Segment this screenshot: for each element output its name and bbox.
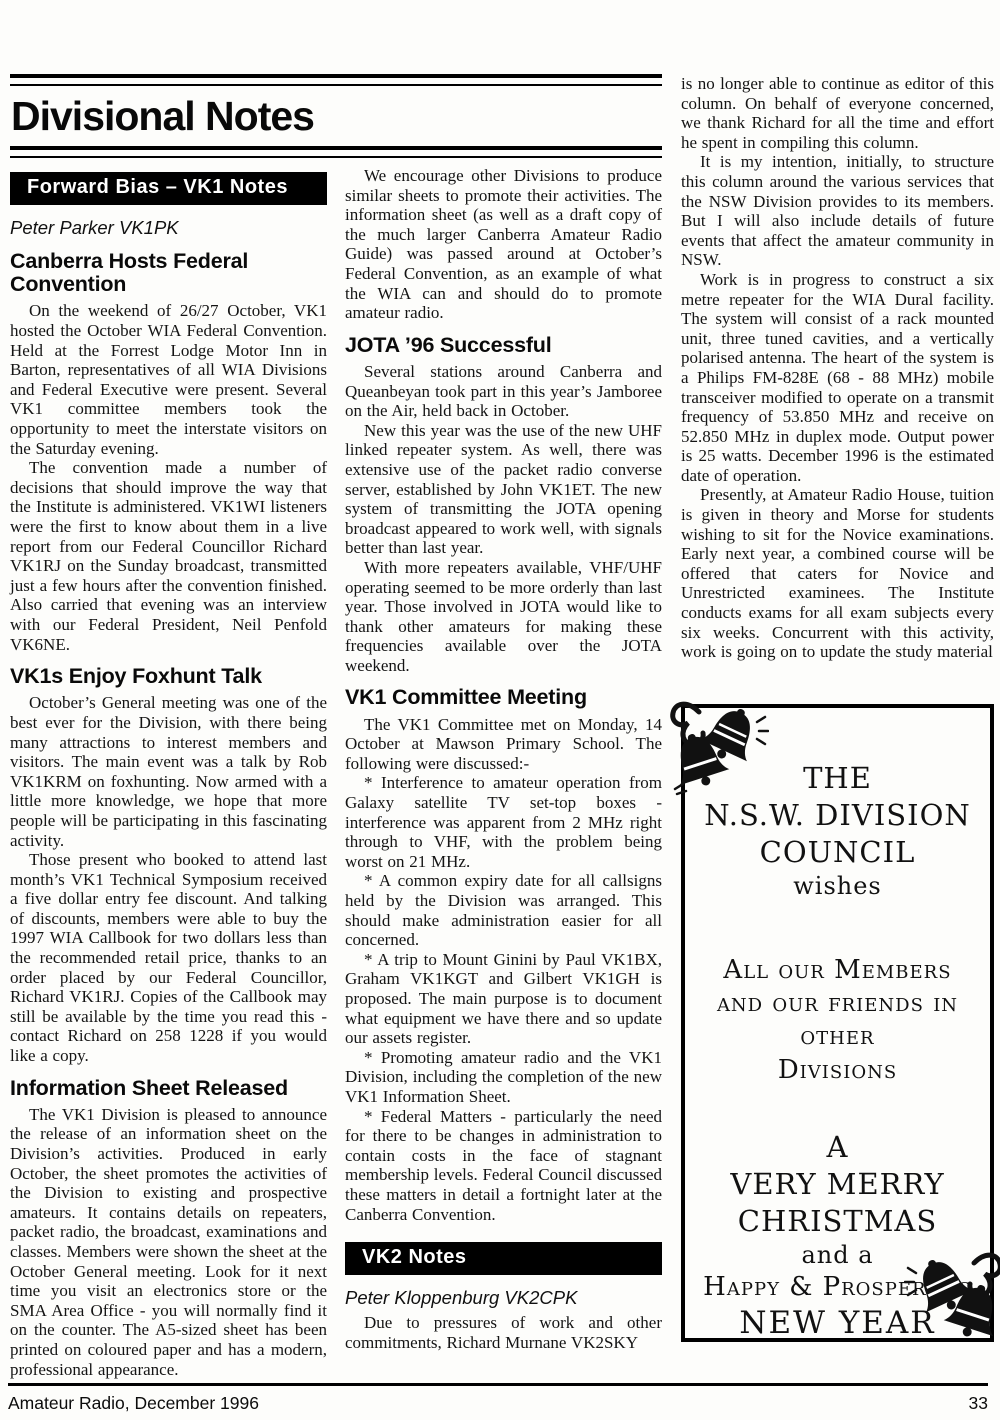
section-bar-vk1-notes: Forward Bias – VK1 Notes xyxy=(10,172,327,205)
paragraph: With more repeaters available, VHF/UHF o… xyxy=(345,558,662,676)
greeting-line: A xyxy=(685,1129,990,1166)
paragraph: Work is in progress to construct a six m… xyxy=(681,270,994,486)
heading-jota-96: JOTA ’96 Successful xyxy=(345,334,662,357)
paragraph: It is my intention, initially, to struct… xyxy=(681,152,994,270)
top-rule xyxy=(10,74,662,86)
paragraph: October’s General meeting was one of the… xyxy=(10,693,327,850)
greeting-line: N.S.W. DIVISION xyxy=(685,797,990,834)
bullet-item: * Interference to amateur operation from… xyxy=(345,773,662,871)
greeting-line: CHRISTMAS xyxy=(685,1203,990,1240)
christmas-bells-icon xyxy=(904,1245,1000,1350)
heading-canberra-hosts: Canberra Hosts Federal Convention xyxy=(10,250,327,296)
column-3: is no longer able to continue as editor … xyxy=(681,74,994,1379)
bullet-item: * Promoting amateur radio and the VK1 Di… xyxy=(345,1048,662,1107)
paragraph: The VK1 Committee met on Monday, 14 Octo… xyxy=(345,715,662,774)
heading-vk1-committee: VK1 Committee Meeting xyxy=(345,686,662,709)
byline-vk2: Peter Kloppenburg VK2CPK xyxy=(345,1287,662,1309)
footer-rule xyxy=(8,1383,988,1386)
paragraph: The convention made a number of decision… xyxy=(10,458,327,654)
paragraph: We encourage other Divisions to produce … xyxy=(345,166,662,323)
greeting-line: All our Members xyxy=(685,954,990,987)
greeting-line: wishes xyxy=(685,871,990,902)
page-title: Divisional Notes xyxy=(11,93,662,140)
bullet-item: * A trip to Mount Ginini by Paul VK1BX, … xyxy=(345,950,662,1048)
paragraph: New this year was the use of the new UHF… xyxy=(345,421,662,558)
christmas-bells-icon xyxy=(669,694,769,799)
column-2: We encourage other Divisions to produce … xyxy=(345,166,662,1379)
paragraph: Due to pressures of work and other commi… xyxy=(345,1313,662,1352)
paragraph: Several stations around Canberra and Que… xyxy=(345,362,662,421)
paragraph: Those present who booked to attend last … xyxy=(10,850,327,1066)
masthead: Divisional Notes xyxy=(10,74,662,158)
section-bar-vk2-notes: VK2 Notes xyxy=(345,1242,662,1275)
paragraph: The VK1 Division is pleased to announce … xyxy=(10,1105,327,1379)
column-1: Forward Bias – VK1 Notes Peter Parker VK… xyxy=(10,166,327,1379)
paragraph: Presently, at Amateur Radio House, tuiti… xyxy=(681,485,994,661)
paragraph: On the weekend of 26/27 October, VK1 hos… xyxy=(10,301,327,458)
heading-foxhunt-talk: VK1s Enjoy Foxhunt Talk xyxy=(10,665,327,688)
christmas-greeting-box: THE N.S.W. DIVISION COUNCIL wishes All o… xyxy=(681,704,994,1342)
greeting-line: Divisions xyxy=(685,1054,990,1087)
footer-journal-title: Amateur Radio, December 1996 xyxy=(8,1393,259,1414)
bullet-item: * Federal Matters - particularly the nee… xyxy=(345,1107,662,1225)
byline-vk1: Peter Parker VK1PK xyxy=(10,217,327,239)
footer-page-number: 33 xyxy=(969,1393,988,1414)
heading-information-sheet: Information Sheet Released xyxy=(10,1077,327,1100)
paragraph: is no longer able to continue as editor … xyxy=(681,74,994,152)
magazine-page: Divisional Notes Forward Bias – VK1 Note… xyxy=(0,0,1000,1420)
title-bottom-rule xyxy=(10,146,662,158)
bullet-item: * A common expiry date for all callsigns… xyxy=(345,871,662,949)
greeting-line: and our friends in other xyxy=(685,987,990,1054)
footer: Amateur Radio, December 1996 33 xyxy=(8,1393,988,1414)
greeting-line: COUNCIL xyxy=(685,834,990,871)
greeting-line: VERY MERRY xyxy=(685,1166,990,1203)
